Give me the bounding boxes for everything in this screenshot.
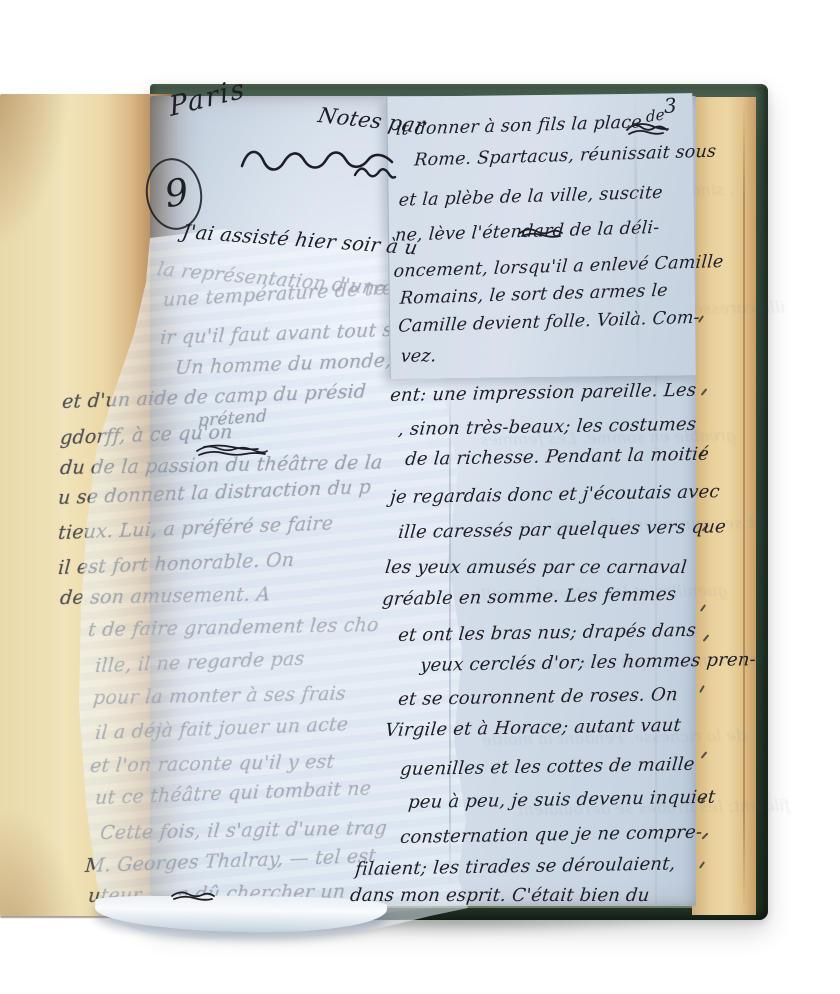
manuscript-photo: , sinon très-beaux; les costumesille car… (0, 0, 840, 994)
handwritten-line: it donner à son fils la place (395, 112, 643, 139)
handwritten-line: et la plèbe de la ville, suscite (398, 183, 664, 211)
scribble-strikethrough (518, 224, 564, 240)
handwritten-line: vez. (400, 346, 438, 366)
squiggle-flourish-tail (352, 160, 398, 184)
handwritten-line: Rome. Spartacus, réunissait sous (413, 142, 716, 171)
handwritten-line: Romains, le sort des armes le (399, 281, 668, 309)
tissue-right-edge (449, 384, 451, 889)
scribble-strikethrough (624, 118, 674, 140)
handwritten-line: Camille devient folle. Voilà. Com- (398, 308, 701, 337)
scribble-strikethrough (194, 442, 270, 460)
handwritten-line: oncement, lorsqu'il a enlevé Camille (393, 252, 724, 282)
entry-number: 9 (162, 170, 192, 216)
scribble-strikethrough (170, 888, 218, 902)
